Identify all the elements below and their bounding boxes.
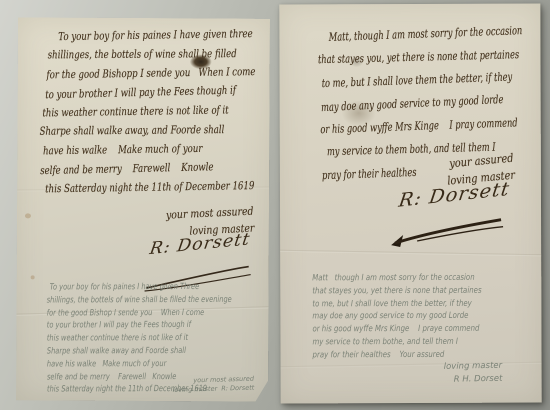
manuscript-line: have his walke Make much of your bbox=[47, 358, 232, 371]
left-letter-pencil-closing: your most assuredloving master R: Dorset… bbox=[172, 375, 254, 395]
right-letter-paper: Matt, though I am most sorry for the occ… bbox=[279, 4, 541, 404]
fold-crease bbox=[279, 250, 541, 257]
manuscript-line: to me, but I shall love them the better,… bbox=[312, 297, 481, 310]
manuscript-line: To your boy for his paines I have given … bbox=[58, 24, 255, 46]
manuscript-line: Matt though I am most sorry for the occa… bbox=[312, 272, 481, 285]
fold-crease bbox=[279, 362, 541, 369]
foxing-spot bbox=[25, 213, 31, 218]
right-letter-pencil-transcription: Matt though I am most sorry for the occa… bbox=[312, 272, 482, 362]
foxing-spot bbox=[31, 275, 35, 279]
manuscript-line: to your brother I will pay the Fees thou… bbox=[47, 319, 232, 332]
manuscript-line: or his good wyffe Mrs Kinge I praye comm… bbox=[312, 323, 481, 336]
manuscript-line: may doe any good service to my good Lord… bbox=[312, 310, 481, 323]
manuscript-line: shillings, the bottels of wine shall be … bbox=[47, 294, 232, 307]
left-letter-signature: R: Dorsett bbox=[148, 229, 251, 259]
manuscript-line: that stayes you, yet there is none that … bbox=[312, 285, 481, 298]
manuscript-line: R H. Dorset bbox=[443, 373, 502, 387]
signature-flourish-bold bbox=[387, 216, 507, 250]
left-letter-paper: To your boy for his paines I have given … bbox=[16, 17, 270, 401]
manuscript-line: my service to them bothe, and tell them … bbox=[312, 336, 481, 349]
manuscript-line: loving master R: Dorsett bbox=[173, 384, 255, 395]
manuscript-line: shillinges, the bottels of wine shall be… bbox=[48, 44, 256, 64]
manuscript-line: this weather continue there is not like … bbox=[47, 332, 232, 345]
photo-of-two-letters: To your boy for his paines I have given … bbox=[0, 0, 550, 410]
manuscript-line: Sharpe shall walke away, and Foorde shal… bbox=[39, 120, 256, 141]
left-letter-ink-text: To your boy for his paines I have given … bbox=[38, 24, 257, 198]
manuscript-line: this Satterday night the 11th of Decembe… bbox=[45, 176, 257, 198]
manuscript-line: loving master bbox=[443, 360, 502, 374]
manuscript-line: To your boy for his paines I have given … bbox=[50, 281, 232, 294]
right-letter-pencil-closing: loving masterR H. Dorset bbox=[443, 360, 502, 387]
manuscript-line: for the good Bishop I sende you When I c… bbox=[47, 306, 232, 319]
manuscript-line: Sharpe shall walke away and Foorde shall bbox=[47, 345, 232, 358]
